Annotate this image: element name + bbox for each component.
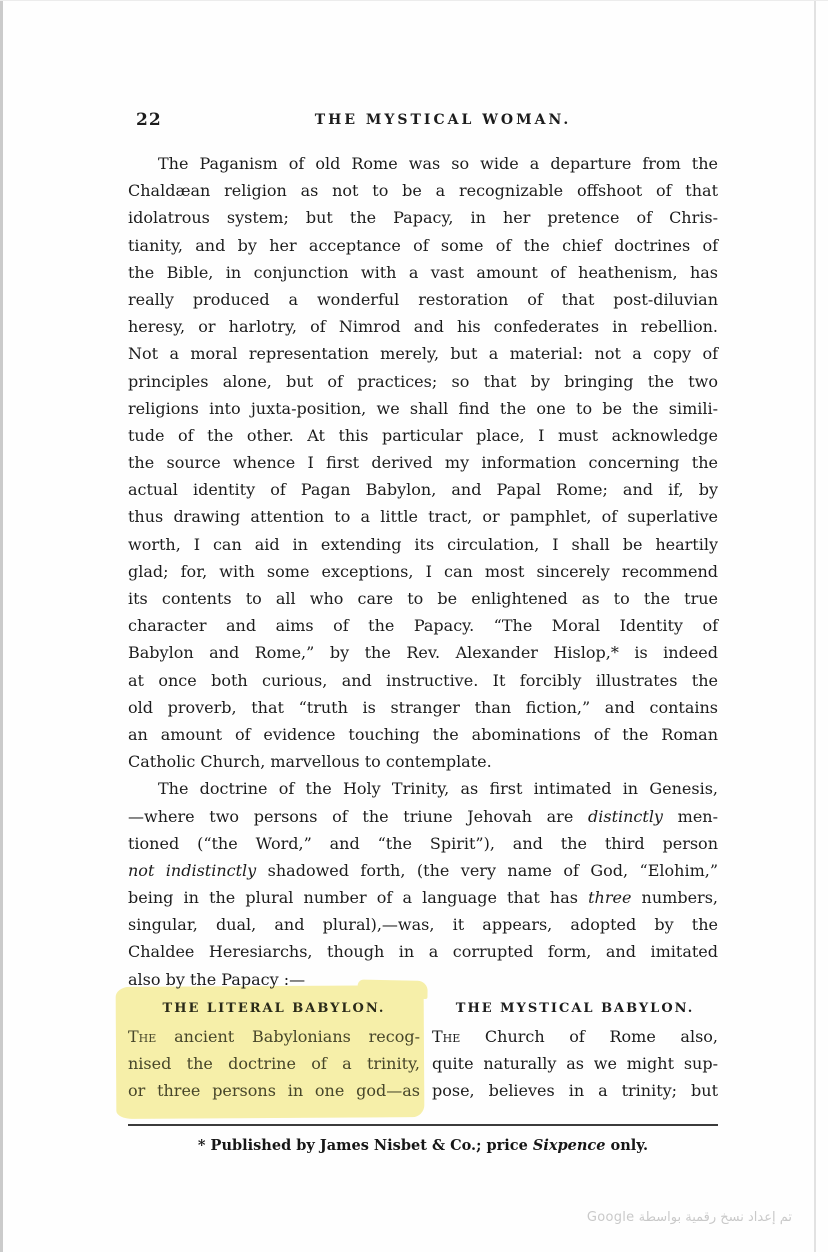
footnote-marker: * [198,1137,206,1154]
text-line: its contents to all who care to be enlig… [128,585,718,612]
text-line: old proverb, that “truth is stranger tha… [128,694,718,721]
text-line: heresy, or harlotry, of Nimrod and his c… [128,313,718,340]
text-line: an amount of evidence touching the abomi… [128,721,718,748]
text-line: Catholic Church, marvellous to contempla… [128,748,718,775]
text-line: idolatrous system; but the Papacy, in he… [128,204,718,231]
two-column-comparison: THE LITERAL BABYLON. The ancient Babylon… [128,996,718,1105]
footnote-divider [128,1124,718,1126]
column-heading: THE MYSTICAL BABYLON. [432,996,718,1021]
text-line: principles alone, but of practices; so t… [128,368,718,395]
paragraph-2: The doctrine of the Holy Trinity, as fir… [128,775,718,993]
text-line: The doctrine of the Holy Trinity, as fir… [128,775,718,802]
text-line: actual identity of Pagan Babylon, and Pa… [128,476,718,503]
column-mystical-babylon: THE MYSTICAL BABYLON. The Church of Rome… [432,996,718,1105]
footnote: * Published by James Nisbet & Co.; price… [128,1136,718,1156]
text-line: also by the Papacy :— [128,966,718,993]
text-line: the source whence I first derived my inf… [128,449,718,476]
text-line: at once both curious, and instructive. I… [128,667,718,694]
text-line: glad; for, with some exceptions, I can m… [128,558,718,585]
scanned-page-right-edge [814,0,816,1252]
text-line: Chaldæan religion as not to be a recogni… [128,177,718,204]
text-line: character and aims of the Papacy. “The M… [128,612,718,639]
text-line: Chaldee Heresiarchs, though in a corrupt… [128,938,718,965]
text-line: nised the doctrine of a trinity, [128,1050,420,1077]
text-line: singular, dual, and plural),—was, it app… [128,911,718,938]
text-line: being in the plural number of a language… [128,884,718,911]
page-header: 22 THE MYSTICAL WOMAN. [128,110,718,134]
text-line: or three persons in one god—as [128,1077,420,1104]
running-title: THE MYSTICAL WOMAN. [128,112,718,128]
google-digitization-watermark: تم إعداد نسخ رقمية بواسطة Google [587,1210,792,1225]
scanned-page-left-edge [0,0,3,1252]
scanned-page-top-edge [0,0,828,1]
text-line: pose, believes in a trinity; but [432,1077,718,1104]
text-line: tianity, and by her acceptance of some o… [128,232,718,259]
text-line: worth, I can aid in extending its circul… [128,531,718,558]
column-literal-babylon: THE LITERAL BABYLON. The ancient Babylon… [128,996,420,1105]
text-line: The Paganism of old Rome was so wide a d… [128,150,718,177]
text-line: Babylon and Rome,” by the Rev. Alexander… [128,639,718,666]
text-line: Not a moral representation merely, but a… [128,340,718,367]
page-body: The Paganism of old Rome was so wide a d… [128,150,718,1156]
text-line: thus drawing attention to a little tract… [128,503,718,530]
text-line: —where two persons of the triune Jehovah… [128,803,718,830]
text-line: tioned (“the Word,” and “the Spirit”), a… [128,830,718,857]
text-line: quite naturally as we might sup- [432,1050,718,1077]
text-line: really produced a wonderful restoration … [128,286,718,313]
text-line: The Church of Rome also, [432,1023,718,1050]
text-line: the Bible, in conjunction with a vast am… [128,259,718,286]
text-line: religions into juxta-position, we shall … [128,395,718,422]
text-line: not indistinctly shadowed forth, (the ve… [128,857,718,884]
paragraph-1: The Paganism of old Rome was so wide a d… [128,150,718,775]
column-heading: THE LITERAL BABYLON. [128,996,420,1021]
text-line: The ancient Babylonians recog- [128,1023,420,1050]
text-line: tude of the other. At this particular pl… [128,422,718,449]
